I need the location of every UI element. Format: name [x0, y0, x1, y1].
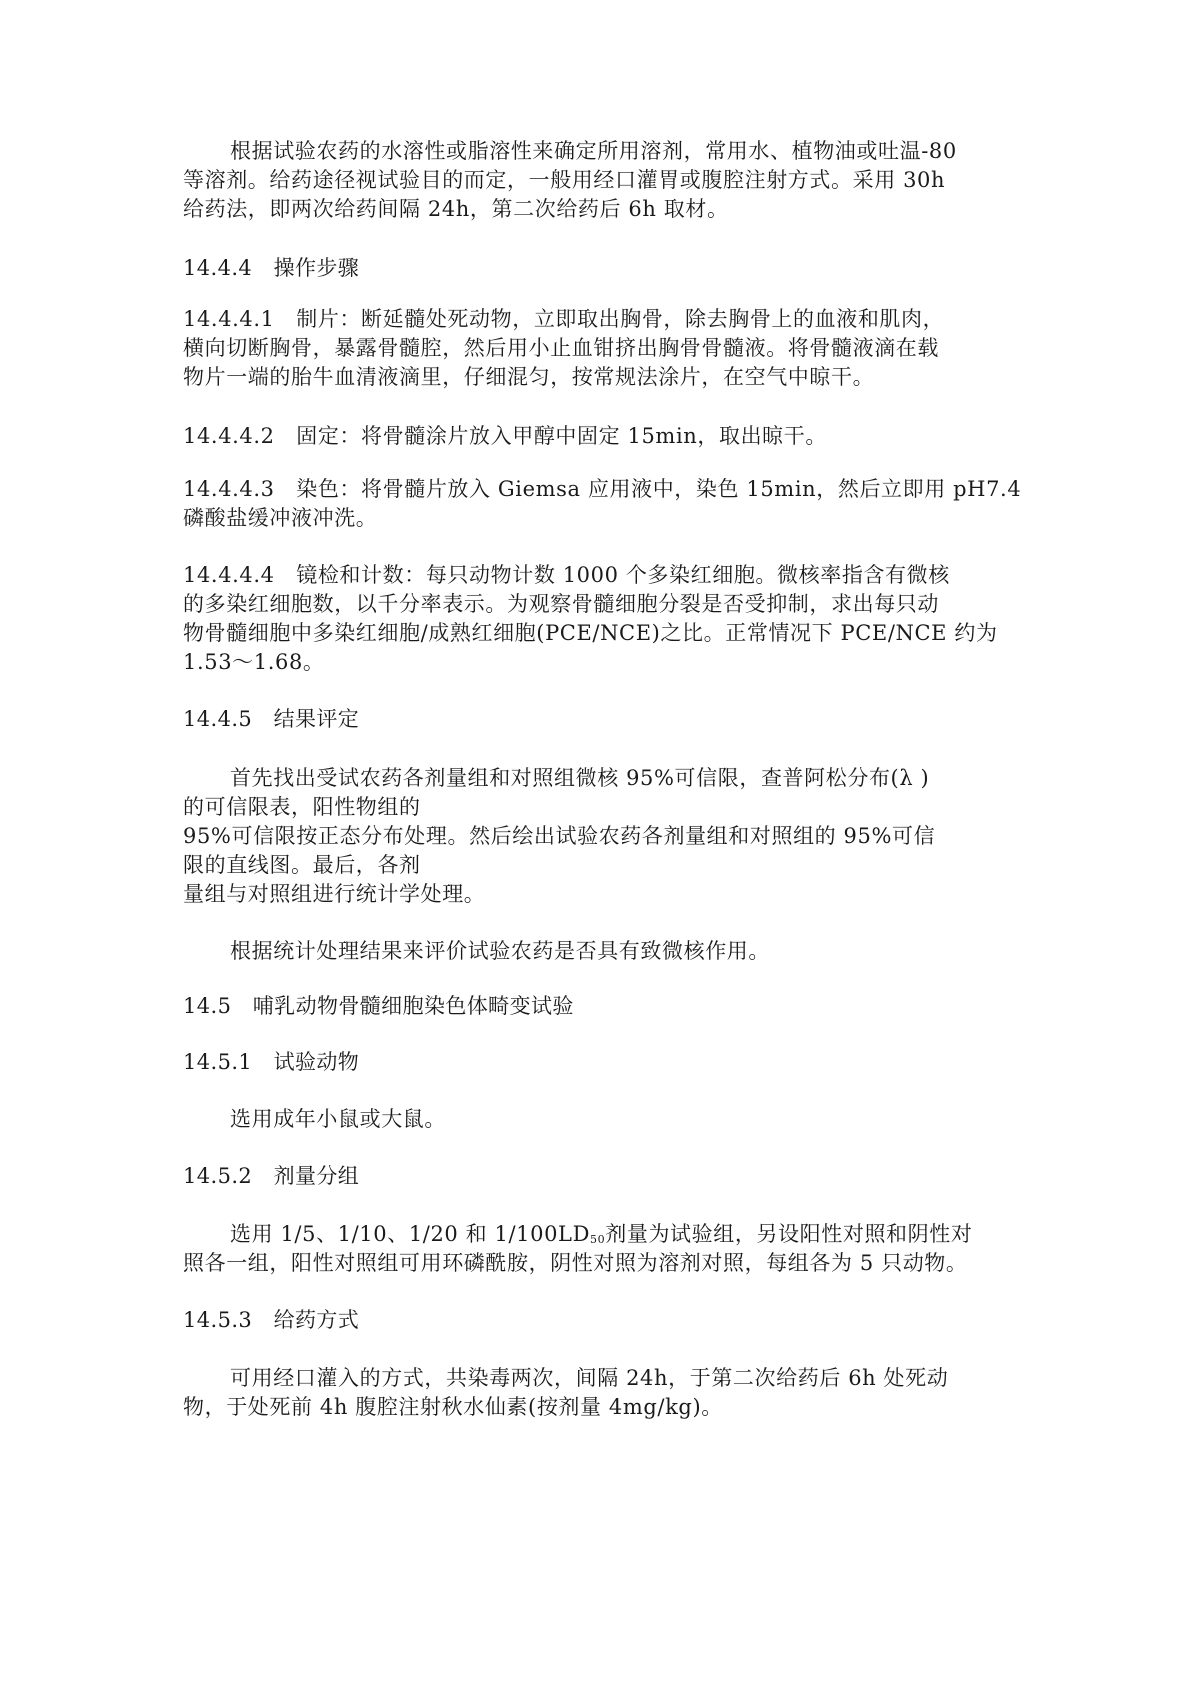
section-title: 结果评定: [274, 707, 360, 731]
section-number: 14.4.4: [183, 256, 252, 280]
document-page: 根据试验农药的水溶性或脂溶性来确定所用溶剂，常用水、植物油或吐温-80 等溶剂。…: [0, 0, 1200, 1696]
paragraph-evaluate-line-1: 根据统计处理结果来评价试验农药是否具有致微核作用。: [230, 937, 770, 965]
section-title: 给药方式: [274, 1308, 360, 1332]
section-number: 14.5.1: [183, 1050, 252, 1074]
section-number: 14.4.5: [183, 707, 252, 731]
dose-text-after: 剂量为试验组，另设阳性对照和阴性对: [605, 1222, 972, 1246]
section-title: 哺乳动物骨髓细胞染色体畸变试验: [253, 994, 574, 1018]
paragraph-admin-line-2: 物，于处死前 4h 腹腔注射秋水仙素(按剂量 4mg/kg)。: [183, 1393, 723, 1421]
section-heading-14-4-4: 14.4.4 操作步骤: [183, 254, 359, 282]
paragraph-solvent-line-2: 等溶剂。给药途径视试验目的而定，一般用经口灌胃或腹腔注射方式。采用 30h: [183, 166, 945, 194]
paragraph-result-line-2: 的可信限表，阳性物组的: [183, 793, 421, 821]
section-number: 14.5.2: [183, 1164, 252, 1188]
paragraph-14-4-4-2-line-1: 14.4.4.2 固定：将骨髓涂片放入甲醇中固定 15min，取出晾干。: [183, 422, 827, 450]
section-title: 操作步骤: [274, 256, 360, 280]
paragraph-dose-line-2: 照各一组，阳性对照组可用环磷酰胺，阴性对照为溶剂对照，每组各为 5 只动物。: [183, 1249, 968, 1277]
paragraph-solvent-line-3: 给药法，即两次给药间隔 24h，第二次给药后 6h 取材。: [183, 195, 729, 223]
paragraph-result-line-5: 量组与对照组进行统计学处理。: [183, 880, 485, 908]
paragraph-animals-line-1: 选用成年小鼠或大鼠。: [230, 1105, 446, 1133]
paragraph-result-line-4: 限的直线图。最后，各剂: [183, 851, 421, 879]
paragraph-solvent-line-1: 根据试验农药的水溶性或脂溶性来确定所用溶剂，常用水、植物油或吐温-80: [230, 137, 957, 165]
paragraph-result-line-1: 首先找出受试农药各剂量组和对照组微核 95%可信限，查普阿松分布(λ ): [230, 764, 929, 792]
section-number: 14.5.3: [183, 1308, 252, 1332]
paragraph-14-4-4-1-line-1: 14.4.4.1 制片：断延髓处死动物，立即取出胸骨，除去胸骨上的血液和肌肉，: [183, 305, 944, 333]
section-heading-14-5-2: 14.5.2 剂量分组: [183, 1162, 359, 1190]
paragraph-admin-line-1: 可用经口灌入的方式，共染毒两次，间隔 24h，于第二次给药后 6h 处死动: [230, 1364, 948, 1392]
paragraph-14-4-4-4-line-2: 的多染红细胞数，以千分率表示。为观察骨髓细胞分裂是否受抑制，求出每只动: [183, 590, 939, 618]
dose-text-before: 选用 1/5、1/10、1/20 和 1/100LD: [230, 1222, 590, 1246]
paragraph-14-4-4-1-line-2: 横向切断胸骨，暴露骨髓腔，然后用小止血钳挤出胸骨骨髓液。将骨髓液滴在载: [183, 334, 939, 362]
paragraph-result-line-3: 95%可信限按正态分布处理。然后绘出试验农药各剂量组和对照组的 95%可信: [183, 822, 935, 850]
section-heading-14-5: 14.5 哺乳动物骨髓细胞染色体畸变试验: [183, 992, 574, 1020]
ld50-subscript: 50: [590, 1233, 605, 1246]
section-heading-14-5-1: 14.5.1 试验动物: [183, 1048, 359, 1076]
section-title: 试验动物: [274, 1050, 360, 1074]
section-heading-14-4-5: 14.4.5 结果评定: [183, 705, 359, 733]
section-title: 剂量分组: [274, 1164, 360, 1188]
paragraph-14-4-4-4-line-4: 1.53～1.68。: [183, 648, 325, 676]
paragraph-14-4-4-3-line-2: 磷酸盐缓冲液冲洗。: [183, 504, 377, 532]
section-heading-14-5-3: 14.5.3 给药方式: [183, 1306, 359, 1334]
paragraph-14-4-4-3-line-1: 14.4.4.3 染色：将骨髓片放入 Giemsa 应用液中，染色 15min，…: [183, 475, 1021, 503]
paragraph-14-4-4-4-line-1: 14.4.4.4 镜检和计数：每只动物计数 1000 个多染红细胞。微核率指含有…: [183, 561, 950, 589]
paragraph-14-4-4-1-line-3: 物片一端的胎牛血清液滴里，仔细混匀，按常规法涂片，在空气中晾干。: [183, 363, 874, 391]
paragraph-14-4-4-4-line-3: 物骨髓细胞中多染红细胞/成熟红细胞(PCE/NCE)之比。正常情况下 PCE/N…: [183, 619, 998, 647]
section-number: 14.5: [183, 994, 231, 1018]
